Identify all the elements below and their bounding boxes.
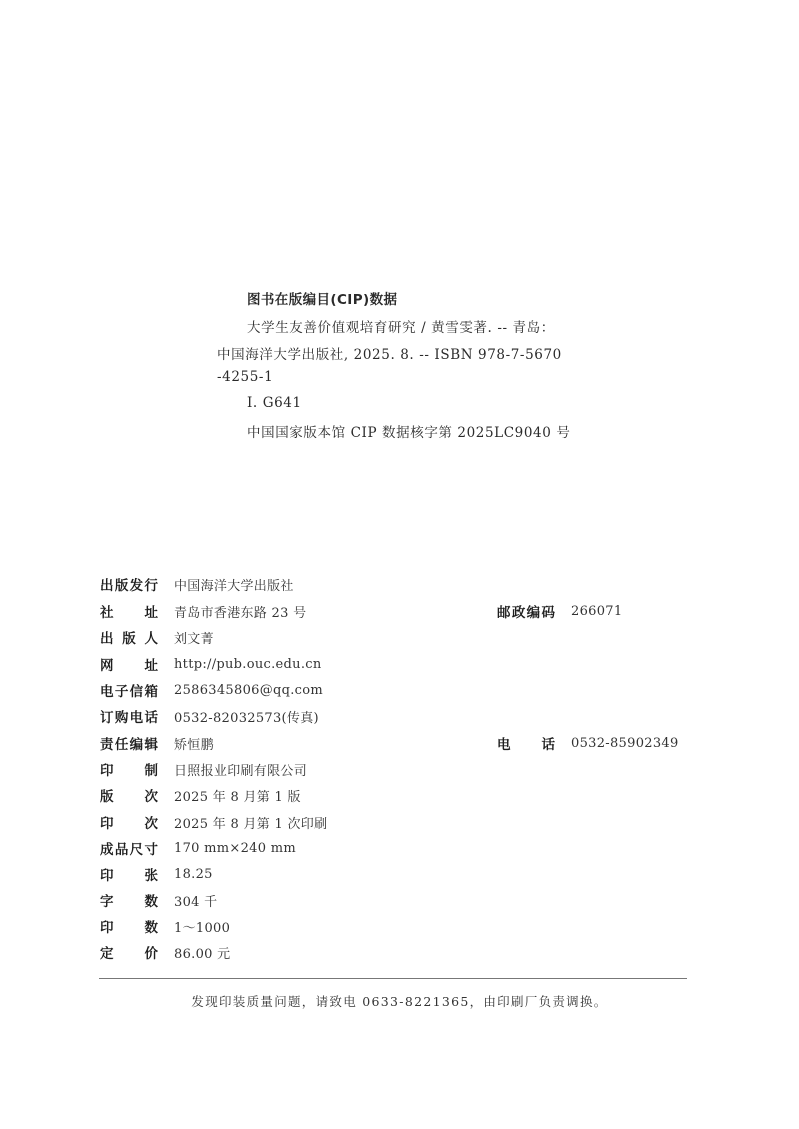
label-char: 制 bbox=[145, 759, 159, 779]
label-char: 网 bbox=[100, 654, 114, 674]
label-char: 编 bbox=[527, 601, 541, 621]
field-label: 订购电话 bbox=[100, 706, 158, 726]
label-char: 信 bbox=[130, 680, 144, 700]
colophon-row: 责任编辑矫恒鹏 bbox=[100, 733, 214, 753]
field-value: 2025 年 8 月第 1 版 bbox=[174, 786, 301, 805]
field-value: 2025 年 8 月第 1 次印刷 bbox=[174, 813, 327, 832]
label-char: 行 bbox=[144, 574, 158, 594]
field-label: 邮政编码 bbox=[497, 601, 555, 621]
field-label: 电子信箱 bbox=[100, 680, 158, 700]
field-label: 印制 bbox=[100, 759, 158, 779]
label-char: 出 bbox=[100, 574, 114, 594]
label-char: 成 bbox=[100, 838, 114, 858]
field-value: 0532-82032573(传真) bbox=[174, 707, 319, 726]
cip-title: 图书在版编目(CIP)数据 bbox=[247, 288, 397, 308]
colophon-row: 出版人刘文菁 bbox=[100, 627, 214, 647]
cip-entry-line-3: -4255-1 bbox=[217, 369, 273, 385]
field-label: 印次 bbox=[100, 812, 158, 832]
label-char: 电 bbox=[130, 706, 144, 726]
label-char: 品 bbox=[115, 838, 129, 858]
label-char: 张 bbox=[145, 864, 159, 884]
label-char: 箱 bbox=[144, 680, 158, 700]
field-value: 2586345806@qq.com bbox=[174, 683, 323, 698]
label-char: 版 bbox=[122, 627, 136, 647]
label-char: 印 bbox=[100, 864, 114, 884]
label-char: 电 bbox=[497, 733, 511, 753]
label-char: 政 bbox=[512, 601, 526, 621]
field-value: 304 千 bbox=[174, 891, 217, 910]
colophon-row: 版次2025 年 8 月第 1 版 bbox=[100, 785, 301, 805]
label-char: 版 bbox=[115, 574, 129, 594]
field-label: 成品尺寸 bbox=[100, 838, 158, 858]
label-char: 次 bbox=[145, 785, 159, 805]
label-char: 责 bbox=[100, 733, 114, 753]
label-char: 址 bbox=[145, 601, 159, 621]
field-value: 18.25 bbox=[174, 867, 213, 882]
label-char: 发 bbox=[130, 574, 144, 594]
label-char: 人 bbox=[145, 627, 159, 647]
field-label: 电话 bbox=[497, 733, 555, 753]
label-char: 字 bbox=[100, 890, 114, 910]
field-value: 86.00 元 bbox=[174, 943, 230, 962]
quality-notice: 发现印装质量问题，请致电 0633-8221365，由印刷厂负责调换。 bbox=[0, 992, 799, 1010]
field-label: 责任编辑 bbox=[100, 733, 158, 753]
field-label: 出版人 bbox=[100, 627, 158, 647]
cip-entry-line-2: 中国海洋大学出版社, 2025. 8. -- ISBN 978-7-5670 bbox=[217, 343, 562, 363]
field-value: 170 mm×240 mm bbox=[174, 841, 296, 856]
field-label: 定价 bbox=[100, 942, 158, 962]
label-char: 任 bbox=[115, 733, 129, 753]
right-colophon-row: 电话0532-85902349 bbox=[497, 733, 679, 753]
cip-entry-line-1: 大学生友善价值观培育研究 / 黄雪雯著. -- 青岛： bbox=[247, 316, 555, 336]
label-char: 尺 bbox=[130, 838, 144, 858]
label-char: 价 bbox=[145, 942, 159, 962]
label-char: 版 bbox=[100, 785, 114, 805]
label-char: 次 bbox=[145, 812, 159, 832]
field-label: 社址 bbox=[100, 601, 158, 621]
colophon-row: 电子信箱2586345806@qq.com bbox=[100, 680, 323, 700]
colophon-row: 成品尺寸170 mm×240 mm bbox=[100, 838, 296, 858]
label-char: 编 bbox=[130, 733, 144, 753]
label-char: 社 bbox=[100, 601, 114, 621]
colophon-row: 订购电话0532-82032573(传真) bbox=[100, 706, 319, 726]
label-char: 码 bbox=[541, 601, 555, 621]
field-value: 1～1000 bbox=[174, 917, 230, 936]
field-value: http://pub.ouc.edu.cn bbox=[174, 657, 322, 672]
colophon-row: 印张18.25 bbox=[100, 864, 213, 884]
label-char: 出 bbox=[100, 627, 114, 647]
field-label: 字数 bbox=[100, 890, 158, 910]
cip-classification: Ⅰ. G641 bbox=[247, 395, 302, 411]
field-label: 印张 bbox=[100, 864, 158, 884]
label-char: 数 bbox=[145, 890, 159, 910]
colophon-row: 印次2025 年 8 月第 1 次印刷 bbox=[100, 812, 327, 832]
field-label: 网址 bbox=[100, 654, 158, 674]
colophon-row: 网址http://pub.ouc.edu.cn bbox=[100, 654, 322, 674]
label-char: 印 bbox=[100, 812, 114, 832]
label-char: 购 bbox=[115, 706, 129, 726]
label-char: 印 bbox=[100, 916, 114, 936]
label-char: 电 bbox=[100, 680, 114, 700]
label-char: 订 bbox=[100, 706, 114, 726]
field-value: 矫恒鹏 bbox=[174, 734, 214, 753]
field-label: 印数 bbox=[100, 916, 158, 936]
field-value: 青岛市香港东路 23 号 bbox=[174, 602, 306, 621]
label-char: 数 bbox=[145, 916, 159, 936]
field-value: 日照报业印刷有限公司 bbox=[174, 760, 307, 779]
colophon-row: 定价86.00 元 bbox=[100, 942, 230, 962]
field-value: 0532-85902349 bbox=[571, 736, 679, 751]
label-char: 辑 bbox=[144, 733, 158, 753]
label-char: 邮 bbox=[497, 601, 511, 621]
divider-rule bbox=[99, 978, 687, 979]
colophon-row: 字数304 千 bbox=[100, 890, 217, 910]
label-char: 话 bbox=[144, 706, 158, 726]
field-value: 266071 bbox=[571, 604, 622, 619]
label-char: 印 bbox=[100, 759, 114, 779]
field-label: 出版发行 bbox=[100, 574, 158, 594]
cip-approval-number: 中国国家版本馆 CIP 数据核字第 2025LC9040 号 bbox=[247, 421, 570, 441]
right-colophon-row: 邮政编码266071 bbox=[497, 601, 622, 621]
field-value: 刘文菁 bbox=[174, 628, 214, 647]
colophon-row: 印制日照报业印刷有限公司 bbox=[100, 759, 307, 779]
colophon-row: 出版发行中国海洋大学出版社 bbox=[100, 574, 294, 594]
label-char: 址 bbox=[145, 654, 159, 674]
label-char: 子 bbox=[115, 680, 129, 700]
colophon-row: 印数1～1000 bbox=[100, 916, 230, 936]
colophon-row: 社址青岛市香港东路 23 号 bbox=[100, 601, 306, 621]
field-value: 中国海洋大学出版社 bbox=[174, 575, 294, 594]
field-label: 版次 bbox=[100, 785, 158, 805]
label-char: 寸 bbox=[144, 838, 158, 858]
label-char: 话 bbox=[542, 733, 556, 753]
label-char: 定 bbox=[100, 942, 114, 962]
